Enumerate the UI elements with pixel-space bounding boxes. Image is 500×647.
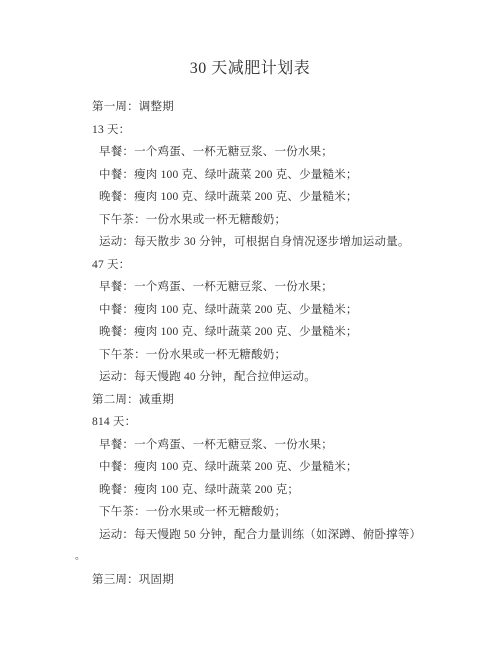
document-title: 30 天减肥计划表 xyxy=(0,0,500,80)
document-body: 第一周：调整期 13 天： 早餐：一个鸡蛋、一杯无糖豆浆、一份水果； 中餐：瘦肉… xyxy=(0,96,500,591)
week2-block1-breakfast-line: 早餐：一个鸡蛋、一杯无糖豆浆、一份水果； xyxy=(99,434,500,457)
week1-block1-day-range: 13 天： xyxy=(92,119,500,142)
week1-block1-exercise-line: 运动：每天散步 30 分钟，可根据自身情况逐步增加运动量。 xyxy=(99,231,500,254)
week1-block2-day-range: 47 天： xyxy=(92,254,500,277)
week2-block1-exercise-line: 运动：每天慢跑 50 分钟，配合力量训练（如深蹲、俯卧撑等） xyxy=(99,524,500,547)
week1-block1-breakfast-line: 早餐：一个鸡蛋、一杯无糖豆浆、一份水果； xyxy=(99,141,500,164)
week2-exercise-wrapped-period: 。 xyxy=(75,546,500,569)
week2-heading: 第二周：减重期 xyxy=(92,389,500,412)
week2-block1-dinner-line: 晚餐：瘦肉 100 克、绿叶蔬菜 200 克； xyxy=(99,479,500,502)
week1-block1-dinner-line: 晚餐：瘦肉 100 克、绿叶蔬菜 200 克、少量糙米； xyxy=(99,186,500,209)
week2-block1-day-range: 814 天： xyxy=(92,411,500,434)
week1-block2-tea-line: 下午茶：一份水果或一杯无糖酸奶； xyxy=(99,344,500,367)
week3-heading: 第三周：巩固期 xyxy=(92,569,500,592)
week1-heading: 第一周：调整期 xyxy=(92,96,500,119)
week1-block1-lunch-line: 中餐：瘦肉 100 克、绿叶蔬菜 200 克、少量糙米； xyxy=(99,164,500,187)
week2-block1-lunch-line: 中餐：瘦肉 100 克、绿叶蔬菜 200 克、少量糙米； xyxy=(99,456,500,479)
week2-block1-tea-line: 下午茶：一份水果或一杯无糖酸奶； xyxy=(99,501,500,524)
week1-block2-lunch-line: 中餐：瘦肉 100 克、绿叶蔬菜 200 克、少量糙米； xyxy=(99,299,500,322)
document-page: 30 天减肥计划表 第一周：调整期 13 天： 早餐：一个鸡蛋、一杯无糖豆浆、一… xyxy=(0,0,500,647)
week1-block2-exercise-line: 运动：每天慢跑 40 分钟，配合拉伸运动。 xyxy=(99,366,500,389)
week1-block2-breakfast-line: 早餐：一个鸡蛋、一杯无糖豆浆、一份水果； xyxy=(99,276,500,299)
week1-block2-dinner-line: 晚餐：瘦肉 100 克、绿叶蔬菜 200 克、少量糙米； xyxy=(99,321,500,344)
week1-block1-tea-line: 下午茶：一份水果或一杯无糖酸奶； xyxy=(99,209,500,232)
